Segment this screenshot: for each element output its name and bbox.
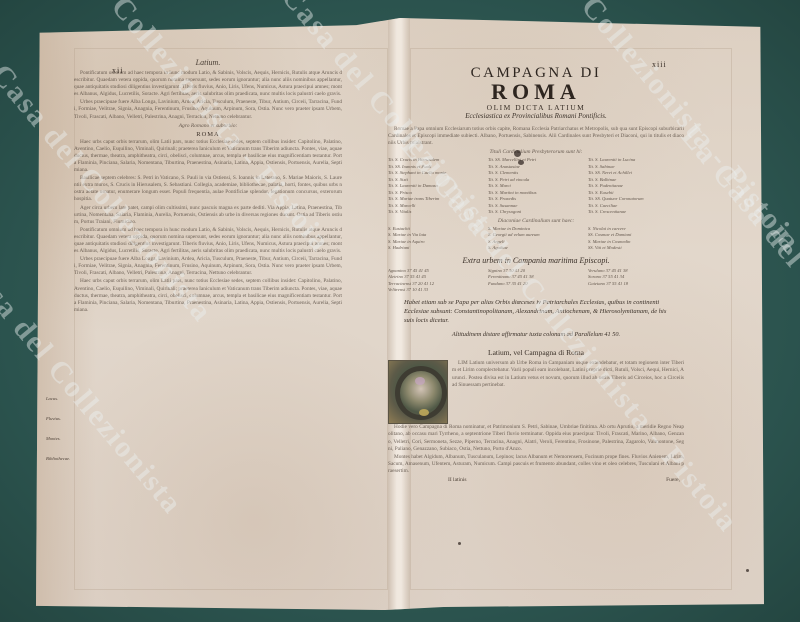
left-body-text-2: Haec urbs caput orbis terrarum, olim Lat… — [74, 139, 342, 314]
deaconries-list: S. Eustachii S. Mariae in Dominica S. Ni… — [388, 226, 684, 252]
paragraph: Romae a Papa omnium Ecclesiarum totius o… — [388, 126, 684, 147]
title-line-4: Ecclesiastica ex Provincialibus Romani P… — [388, 112, 684, 120]
suburban-heading: Extra urbem in Campania maritima Episcop… — [388, 256, 684, 265]
bishoprics-list: Agnanino 37 45 41 45 Signino 37 30 41 20… — [388, 268, 684, 294]
paragraph: Montes habet Algidum, Albanum, Tusculanu… — [388, 454, 684, 475]
foxing-spot — [746, 569, 749, 572]
catchword-right: Fuere, — [666, 477, 680, 483]
list-item: Tit. S. Crescentianae — [588, 209, 684, 216]
cardinals-heading: Tituli Cardinalium Presbyterorum sunt hi… — [388, 149, 684, 155]
margin-notes: Lacus. Fluvius. Montes. Bibliothecae. — [46, 396, 76, 476]
decorated-initial-icon — [388, 360, 448, 424]
ink-stain — [514, 150, 521, 157]
deacons-heading: Diaconiae Cardinalium sunt haec: — [388, 218, 684, 224]
paragraph: Urbes praecipuae fuere Alba Longa, Lavin… — [74, 256, 342, 277]
left-body-text: Pontificatum omnium ad haec tempora in h… — [74, 70, 342, 121]
mid-heading-roma: ROMA — [74, 131, 342, 138]
paragraph: Basilicae septem celebres: S. Petri in V… — [74, 175, 342, 203]
paragraph: Ager circa urbem late patet, campi olim … — [74, 205, 342, 226]
title-line-3: OLIM DICTA LATIUM — [388, 103, 684, 112]
list-item: Gaietano 37 55 41 18 — [588, 281, 684, 288]
running-head: Latium. — [74, 58, 342, 67]
right-page: CAMPAGNA DI ROMA OLIM DICTA LATIUM Eccle… — [388, 55, 684, 483]
catchword-line: II latinis Fuere, — [388, 477, 684, 483]
margin-note: Lacus. — [46, 396, 76, 402]
list-item: S. Hadriani — [388, 245, 484, 252]
ink-stain — [518, 160, 524, 165]
paragraph: Haec urbs caput orbis terrarum, olim Lat… — [74, 139, 342, 174]
list-item: Fundano 37 35 41 20 — [488, 281, 584, 288]
margin-note: Montes. — [46, 436, 76, 442]
list-item: Velitrensi 37 10 41 33 — [388, 287, 484, 294]
list-item: Tit. S. Chrysogoni — [488, 209, 584, 216]
foxing-spot — [458, 542, 461, 545]
title-line-2: ROMA — [388, 82, 684, 102]
list-item: Tit. S. Vitalis — [388, 209, 484, 216]
paragraph: Urbes praecipuae fuere Alba Longa, Lavin… — [74, 99, 342, 120]
margin-note: Fluvius. — [46, 416, 76, 422]
paragraph: LIM Latium universum ab Urbe Roma in Cam… — [452, 360, 684, 388]
intro-paragraph: Romae a Papa omnium Ecclesiarum totius o… — [388, 126, 684, 147]
paragraph: Pontificatum omnium ad haec tempora in h… — [74, 227, 342, 255]
margin-note: Bibliothecae. — [46, 456, 76, 462]
cardinal-titles-list: Tit. S. Crucis in Hierusalem Tit. SS. Ma… — [388, 157, 684, 216]
paragraph: Pontificatum omnium ad haec tempora in h… — [74, 70, 342, 98]
right-body-text-2: Hodie vero Campagna di Roma nominatur, e… — [388, 424, 684, 475]
catchword-left: II latinis — [448, 477, 466, 483]
latitude-line: Altitudinem distare affirmatur iuxta col… — [388, 331, 684, 338]
paragraph: Haec urbs caput orbis terrarum, olim Lat… — [74, 278, 342, 313]
left-page: Latium. Pontificatum omnium ad haec temp… — [74, 58, 342, 315]
right-body-text: LIM Latium universum ab Urbe Roma in Cam… — [452, 360, 684, 424]
paragraph: Hodie vero Campagna di Roma nominatur, e… — [388, 424, 684, 452]
mid-heading: Agro Romano et suburbio: — [74, 123, 342, 129]
section-subheading: Latium, vel Campagna di Roma — [388, 348, 684, 357]
patriarchates-paragraph: Habet etiam sub se Papa per alias Orbis … — [404, 298, 672, 326]
list-item: SS. Viti et Modesti — [588, 245, 684, 252]
list-item: S. Agathae — [488, 245, 584, 252]
initial-paragraph: LIM Latium universum ab Urbe Roma in Cam… — [388, 360, 684, 424]
